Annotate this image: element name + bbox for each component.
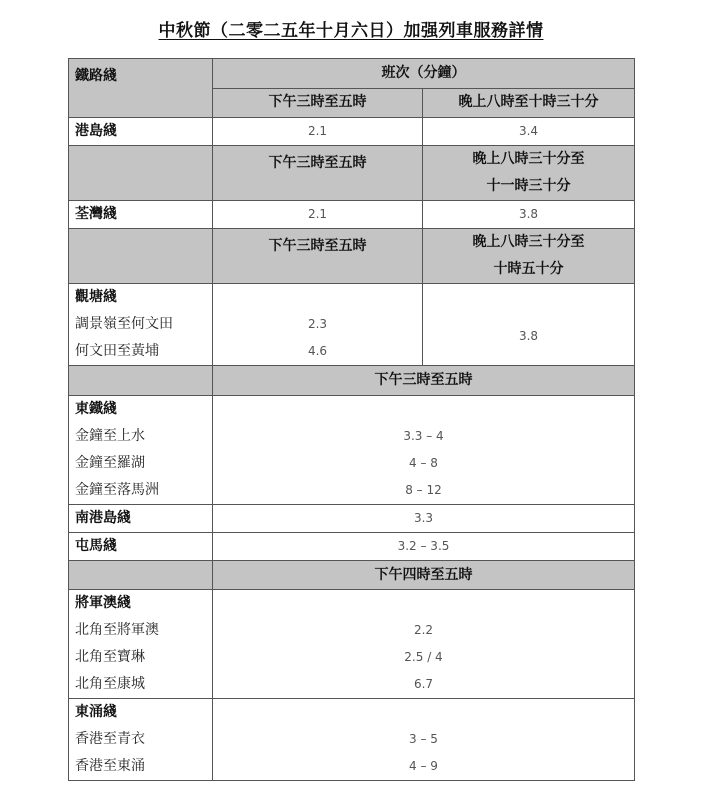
table-row: 港島綫 2.1 3.4 xyxy=(69,118,635,146)
value-evening: 3.4 xyxy=(423,118,635,146)
line-name: 觀塘綫 xyxy=(69,284,212,311)
value-afternoon: 4.6 xyxy=(213,338,422,365)
table-header-row: 鐵路綫 班次（分鐘） xyxy=(69,59,635,89)
value: 3.3 xyxy=(213,505,635,533)
sub-route: 金鐘至落馬洲 xyxy=(69,477,212,504)
value-afternoon: 2.1 xyxy=(213,201,423,229)
period-evening-line2: 十時五十分 xyxy=(423,256,634,283)
value: 3.3 – 4 xyxy=(213,423,634,450)
sub-route: 北角至康城 xyxy=(69,671,212,698)
value: 3 – 5 xyxy=(213,726,634,753)
value: 4 – 8 xyxy=(213,450,634,477)
line-name: 港島綫 xyxy=(69,118,213,146)
period-evening: 晚上八時至十時三十分 xyxy=(423,88,635,118)
sub-route: 北角至寶琳 xyxy=(69,644,212,671)
value: 4 – 9 xyxy=(213,753,634,780)
value: 8 – 12 xyxy=(213,477,634,504)
line-name: 荃灣綫 xyxy=(69,201,213,229)
line-name: 將軍澳綫 xyxy=(69,590,212,617)
service-table: 鐵路綫 班次（分鐘） 下午三時至五時 晚上八時至十時三十分 港島綫 2.1 3.… xyxy=(68,58,635,781)
period-afternoon: 下午四時至五時 xyxy=(213,561,635,590)
sub-route: 北角至將軍澳 xyxy=(69,617,212,644)
period-evening-line1: 晚上八時三十分至 xyxy=(423,229,634,256)
line-name: 南港島綫 xyxy=(69,505,213,533)
period-evening-line2: 十一時三十分 xyxy=(423,173,634,200)
table-row: 屯馬綫 3.2 – 3.5 xyxy=(69,533,635,561)
table-row: 荃灣綫 2.1 3.8 xyxy=(69,201,635,229)
period-header-row: 下午三時至五時 晚上八時三十分至 十一時三十分 xyxy=(69,146,635,201)
page-title: 中秋節（二零二五年十月六日）加强列車服務詳情 xyxy=(0,16,702,41)
period-evening-line1: 晚上八時三十分至 xyxy=(423,146,634,173)
table-row: 觀塘綫 調景嶺至何文田 何文田至黃埔 2.3 4.6 3.8 xyxy=(69,284,635,366)
header-line: 鐵路綫 xyxy=(69,59,213,118)
value: 3.2 – 3.5 xyxy=(213,533,635,561)
sub-route: 香港至東涌 xyxy=(69,753,212,780)
period-afternoon: 下午三時至五時 xyxy=(213,229,423,284)
line-name: 屯馬綫 xyxy=(69,533,213,561)
sub-route: 何文田至黃埔 xyxy=(69,338,212,365)
line-name: 東涌綫 xyxy=(69,699,212,726)
sub-route: 金鐘至羅湖 xyxy=(69,450,212,477)
line-name: 東鐵綫 xyxy=(69,396,212,423)
value-evening: 3.8 xyxy=(423,284,635,366)
period-header-row: 下午三時至五時 晚上八時三十分至 十時五十分 xyxy=(69,229,635,284)
period-afternoon: 下午三時至五時 xyxy=(213,366,635,396)
value: 2.5 / 4 xyxy=(213,644,634,671)
period-afternoon: 下午三時至五時 xyxy=(213,146,423,201)
value: 6.7 xyxy=(213,671,634,698)
value-afternoon: 2.1 xyxy=(213,118,423,146)
period-header-row: 下午四時至五時 xyxy=(69,561,635,590)
sub-route: 金鐘至上水 xyxy=(69,423,212,450)
sub-route: 香港至青衣 xyxy=(69,726,212,753)
value: 2.2 xyxy=(213,617,634,644)
table-row: 東鐵綫 金鐘至上水 金鐘至羅湖 金鐘至落馬洲 3.3 – 4 4 – 8 8 –… xyxy=(69,396,635,505)
period-header-row: 下午三時至五時 xyxy=(69,366,635,396)
period-afternoon: 下午三時至五時 xyxy=(213,88,423,118)
table-row: 南港島綫 3.3 xyxy=(69,505,635,533)
value-afternoon: 2.3 xyxy=(213,311,422,338)
table-row: 將軍澳綫 北角至將軍澳 北角至寶琳 北角至康城 2.2 2.5 / 4 6.7 xyxy=(69,590,635,699)
value-evening: 3.8 xyxy=(423,201,635,229)
header-frequency: 班次（分鐘） xyxy=(213,59,635,89)
table-row: 東涌綫 香港至青衣 香港至東涌 3 – 5 4 – 9 xyxy=(69,699,635,781)
sub-route: 調景嶺至何文田 xyxy=(69,311,212,338)
